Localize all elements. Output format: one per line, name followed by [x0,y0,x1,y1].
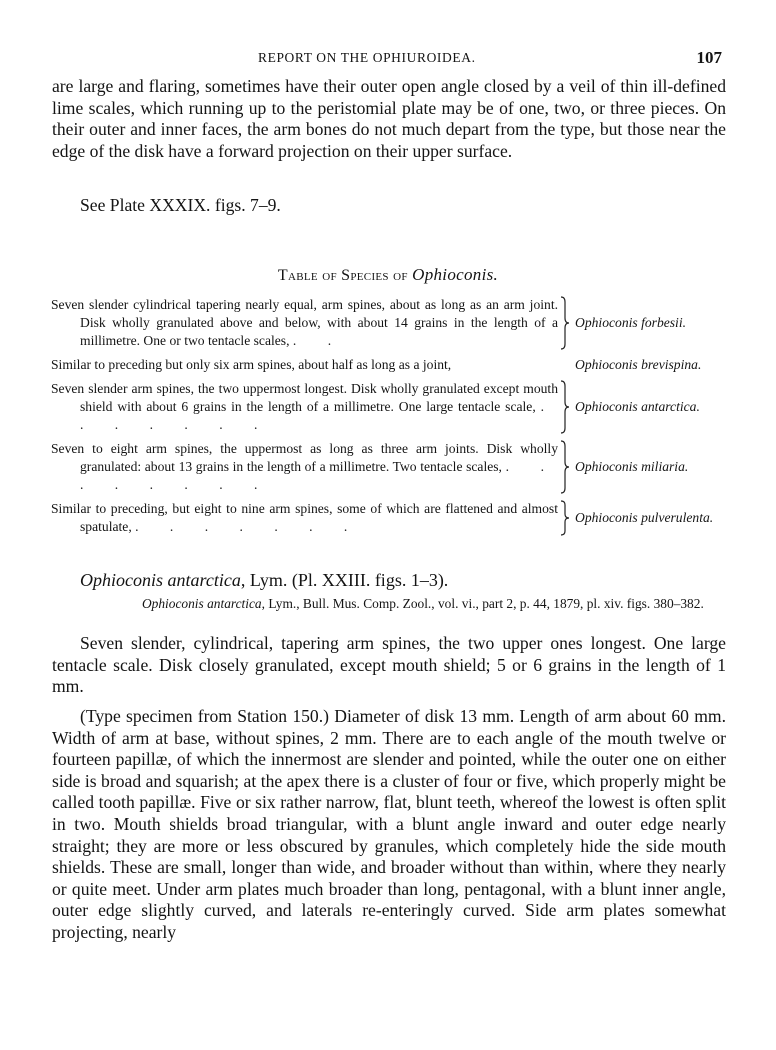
description-text: Seven slender arm spines, the two upperm… [51,381,558,414]
species-name: Ophioconis antarctica. [572,399,700,415]
page-number: 107 [697,48,723,68]
species-heading-name: Ophioconis antarctica [80,570,241,590]
table-row: Seven slender cylindrical tapering nearl… [51,296,751,350]
species-key-table: Seven slender cylindrical tapering nearl… [51,296,751,542]
description-text: Seven to eight arm spines, the uppermost… [51,441,558,474]
row-description: Seven to eight arm spines, the uppermost… [51,440,558,494]
citation-species-name: Ophioconis antarctica [142,596,262,611]
table-row: Similar to preceding, but eight to nine … [51,500,751,536]
paragraph-text: are large and flaring, sometimes have th… [52,76,726,162]
paragraph-text: Seven slender, cylindrical, tapering arm… [52,633,726,698]
table-title-genus: Ophioconis. [412,265,498,284]
opening-paragraph: are large and flaring, sometimes have th… [52,76,726,162]
species-name: Ophioconis brevispina. [572,357,701,373]
plate-reference: See Plate XXXIX. figs. 7–9. [80,195,281,216]
running-title: REPORT ON THE OPHIUROIDEA. [258,50,476,66]
table-row: Seven to eight arm spines, the uppermost… [51,440,751,494]
species-name: Ophioconis miliaria. [572,459,688,475]
table-title: Table of Species of Ophioconis. [0,265,776,285]
brace-icon [558,380,572,434]
citation-text: , Lym., Bull. Mus. Comp. Zool., vol. vi.… [262,596,704,611]
species-name: Ophioconis pulverulenta. [572,510,713,526]
row-description: Seven slender cylindrical tapering nearl… [51,296,558,350]
brace-icon [558,296,572,350]
brace-icon [558,500,572,536]
diagnosis-paragraph: Seven slender, cylindrical, tapering arm… [52,633,726,698]
synonymy-citation: Ophioconis antarctica, Lym., Bull. Mus. … [142,595,760,612]
table-title-prefix: Table of Species of [278,267,408,284]
table-row: Similar to preceding but only six arm sp… [51,356,751,374]
species-name: Ophioconis forbesii. [572,315,686,331]
brace-icon [558,440,572,494]
row-description: Similar to preceding, but eight to nine … [51,500,558,536]
paragraph-text: (Type specimen from Station 150.) Diamet… [52,706,726,944]
species-heading: Ophioconis antarctica, Lym. (Pl. XXIII. … [80,570,448,591]
running-head: REPORT ON THE OPHIUROIDEA. 107 [0,48,776,72]
table-row: Seven slender arm spines, the two upperm… [51,380,751,434]
dot-leaders: . . . . . . . [135,519,361,534]
document-page: REPORT ON THE OPHIUROIDEA. 107 are large… [0,0,776,1050]
row-description: Similar to preceding but only six arm sp… [51,356,558,374]
species-heading-authority: , Lym. (Pl. XXIII. figs. 1–3). [241,570,448,590]
description-text: Similar to preceding but only six arm sp… [51,357,451,372]
description-paragraph: (Type specimen from Station 150.) Diamet… [52,706,726,944]
row-description: Seven slender arm spines, the two upperm… [51,380,558,434]
dot-leaders: . . [293,333,345,348]
